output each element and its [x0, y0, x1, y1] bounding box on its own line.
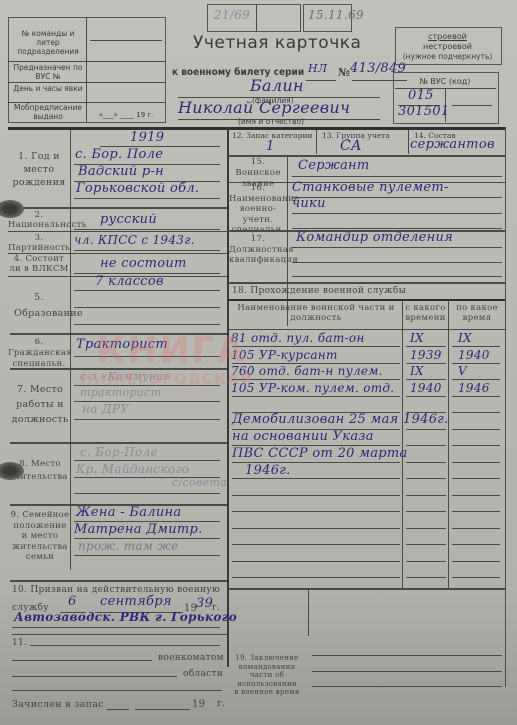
vus-label: № ВУС (код)	[393, 77, 497, 87]
ticket-series: НЛ	[308, 62, 327, 75]
ruled-line	[406, 396, 446, 397]
rank: Сержант	[298, 158, 369, 173]
conscription-year: 39	[196, 596, 213, 611]
conscription-day: 6	[68, 594, 77, 609]
section-divider	[8, 207, 227, 209]
ruled-line	[232, 396, 400, 397]
label-birth: 1. Год и место рождения	[8, 150, 70, 189]
section-divider	[10, 580, 227, 582]
demobilization-note: 1946г.	[245, 463, 291, 478]
ruled-line	[406, 429, 446, 430]
divider	[8, 61, 165, 62]
composition: сержантов	[410, 137, 495, 152]
registration-card: 21/69 15.11.69 № команды и литер подразд…	[0, 0, 517, 725]
mob-order-date: «___» ____ 19 г.	[90, 110, 162, 120]
watermark-line1: КНИГА	[96, 330, 246, 371]
label-appear-day: День и часы явки	[12, 85, 84, 94]
divider	[308, 590, 309, 636]
ruled-line	[406, 478, 446, 479]
fill-line	[74, 229, 220, 230]
service-from: IX	[410, 364, 424, 378]
label-party: 3. Партийность	[8, 233, 70, 253]
ruled-line	[406, 346, 446, 347]
fill-line	[306, 80, 336, 81]
label-oblast: области	[183, 668, 223, 681]
birth-place-2: Вадский р-н	[78, 164, 164, 179]
main-top-border	[8, 127, 506, 130]
fill-line	[312, 686, 502, 687]
section-divider	[10, 442, 227, 444]
ruled-line	[452, 396, 500, 397]
divider	[86, 17, 87, 122]
conscription-month: сентября	[100, 594, 172, 609]
ruled-line	[232, 511, 400, 512]
ruled-line	[406, 577, 446, 578]
ruled-line	[452, 511, 500, 512]
fill-line	[74, 419, 220, 420]
watermark-line2: НИЖЕГОРОДСКАЯ	[80, 370, 253, 388]
reserve-year-suffix: г.	[217, 698, 225, 711]
header-divider	[228, 329, 505, 330]
ruled-line	[452, 577, 500, 578]
divider	[316, 130, 317, 154]
fill-line	[90, 40, 162, 41]
ruled-line	[232, 379, 400, 380]
fill-line	[12, 660, 152, 661]
label-workplace: 7. Место работы и должность	[10, 382, 70, 427]
label-civil-specialty: 6. Гражданская специальн.	[8, 337, 70, 370]
label-specialty: 16. Наименование военно-учетн. специальн…	[229, 183, 287, 236]
birth-place-1: с. Бор. Поле	[75, 147, 163, 162]
ruled-line	[406, 363, 446, 364]
ruled-line	[232, 544, 400, 545]
fill-line	[12, 676, 177, 677]
account-group: СА	[340, 138, 362, 154]
column-divider	[402, 300, 403, 590]
service-to: 1940	[458, 348, 490, 362]
service-to: 1946	[458, 381, 490, 395]
fill-line	[74, 493, 220, 494]
nationality: русский	[100, 212, 157, 227]
ruled-line	[232, 346, 400, 347]
section-divider	[228, 588, 505, 590]
service-from: 1940	[410, 381, 442, 395]
qualification: Командир отделения	[296, 230, 453, 245]
service-from: IX	[410, 331, 424, 345]
fill-line	[312, 671, 502, 672]
service-unit: 105 УР-курсант	[231, 348, 338, 362]
reserve-category: 1	[266, 139, 275, 154]
ruled-line	[452, 495, 500, 496]
birth-year: 1919	[130, 130, 164, 145]
family-3: прож. там же	[78, 539, 179, 553]
workplace-3: на ДРУ	[82, 402, 129, 416]
col-to: по какое время	[449, 303, 505, 323]
fill-line	[292, 276, 502, 277]
fill-line	[292, 213, 502, 214]
label-komsomol: 4. Состоит ли в ВЛКСМ	[8, 254, 70, 274]
column-divider	[448, 300, 449, 590]
ruled-line	[452, 478, 500, 479]
ruled-line	[232, 561, 400, 562]
ruled-line	[452, 412, 500, 413]
divider	[8, 82, 165, 83]
underline-hint: (нужное подчеркнуть)	[395, 52, 500, 62]
label-family: 9. Семейное положение и место жительства…	[10, 510, 70, 563]
section-divider	[12, 634, 227, 635]
education: 7 классов	[95, 274, 164, 289]
divider	[408, 130, 409, 154]
residence-3: с/совета	[172, 476, 227, 489]
fill-line	[74, 307, 220, 308]
ruled-line	[406, 528, 446, 529]
name-patronymic: Николай Сергеевич	[178, 98, 350, 117]
fill-line	[292, 247, 502, 248]
section-divider	[228, 299, 505, 301]
service-from: 1939	[410, 348, 442, 362]
ruled-line	[406, 445, 446, 446]
right-border	[505, 127, 506, 687]
service-to: IX	[458, 331, 472, 345]
fill-line	[30, 645, 220, 646]
divider	[256, 4, 257, 31]
label-voenkomat: военкоматом	[158, 652, 224, 665]
fill-line	[452, 105, 492, 106]
label-mob-order: Мобпредписание выдано	[10, 104, 86, 121]
ruled-line	[232, 528, 400, 529]
komsomol: не состоит	[100, 256, 187, 271]
ruled-line	[452, 462, 500, 463]
name-caption: (имя и отчество)	[238, 117, 304, 127]
conscription-office: Автозаводск. РВК г. Горького	[14, 610, 237, 624]
fill-line	[74, 555, 220, 556]
ruled-line	[452, 528, 500, 529]
section-divider	[8, 231, 227, 232]
ruled-line	[452, 363, 500, 364]
specialty-1: Станковые пулемет-	[292, 180, 449, 195]
label-qualification: 17. Должностная квалификация	[229, 234, 287, 266]
birth-place-3: Горьковской обл.	[76, 181, 199, 196]
party: чл. КПСС с 1943г.	[74, 233, 195, 247]
label-conclusion: 19. Заключение командования части об исп…	[234, 654, 300, 697]
family-2: Матрена Дмитр.	[74, 522, 203, 537]
fill-line	[12, 627, 220, 628]
col-from: с какого времени	[403, 303, 448, 323]
demobilization-note: на основании Указа	[232, 429, 374, 444]
fill-line	[74, 460, 220, 461]
ruled-line	[406, 495, 446, 496]
demobilization-note: ПВС СССР от 20 марта	[232, 446, 408, 461]
surname: Балин	[250, 76, 304, 95]
label-service-history: 18. Прохождение военной службы	[232, 285, 406, 298]
ruled-line	[452, 544, 500, 545]
ruled-line	[452, 346, 500, 347]
ruled-line	[232, 363, 400, 364]
fill-line	[74, 290, 220, 291]
number-label: №	[338, 68, 350, 78]
ruled-line	[406, 511, 446, 512]
vus-code-1: 015	[408, 88, 434, 103]
fill-line	[312, 655, 502, 656]
vus-code-2: 301501	[398, 104, 449, 119]
label-11: 11.	[12, 637, 27, 650]
stamp-right: 15.11.69	[308, 8, 364, 22]
ruled-line	[232, 577, 400, 578]
ruled-line	[232, 478, 400, 479]
ruled-line	[452, 445, 500, 446]
service-unit: 760 отд. бат-н пулем.	[231, 364, 383, 378]
ruled-line	[406, 561, 446, 562]
fill-line	[292, 228, 502, 229]
label-reserve: Зачислен в запас	[12, 698, 104, 711]
specialty-2: чики	[292, 196, 326, 211]
ruled-line	[406, 544, 446, 545]
fill-line	[107, 709, 129, 710]
stamp-left: 21/69	[214, 8, 250, 22]
residence-1: с. Бор-Поле	[80, 445, 158, 459]
fill-line	[135, 709, 190, 710]
stroy-option: строевой	[395, 32, 500, 42]
ruled-line	[452, 429, 500, 430]
fill-line	[292, 262, 502, 263]
service-unit: 81 отд. пул. бат-он	[231, 331, 365, 345]
ruled-line	[452, 379, 500, 380]
service-to: V	[458, 364, 467, 378]
fill-line	[12, 690, 222, 691]
ruled-line	[406, 462, 446, 463]
residence-2: Кр. Майданского	[76, 462, 189, 476]
card-title: Учетная карточка	[193, 33, 361, 53]
service-unit: 105 УР-ком. пулем. отд.	[231, 381, 394, 395]
fill-line	[292, 176, 502, 177]
label-command-number: № команды и литер подразделения	[12, 29, 84, 56]
ruled-line	[406, 379, 446, 380]
nestroy-option: нестроевой	[395, 42, 500, 52]
family-1: Жена - Балина	[76, 505, 181, 520]
fill-line	[74, 324, 220, 325]
label-education: 5. Образование	[14, 290, 64, 322]
fill-line	[74, 250, 220, 251]
ruled-line	[452, 561, 500, 562]
label-vus-assigned: Предназначен по ВУС №	[12, 64, 84, 81]
demobilization-note: Демобилизован 25 мая 1946г.	[232, 412, 449, 427]
fill-line	[74, 198, 220, 199]
section-divider	[228, 282, 505, 284]
ruled-line	[232, 495, 400, 496]
reserve-year: 19	[192, 698, 205, 711]
col-unit: Наименование воинской части и должность	[236, 303, 396, 323]
